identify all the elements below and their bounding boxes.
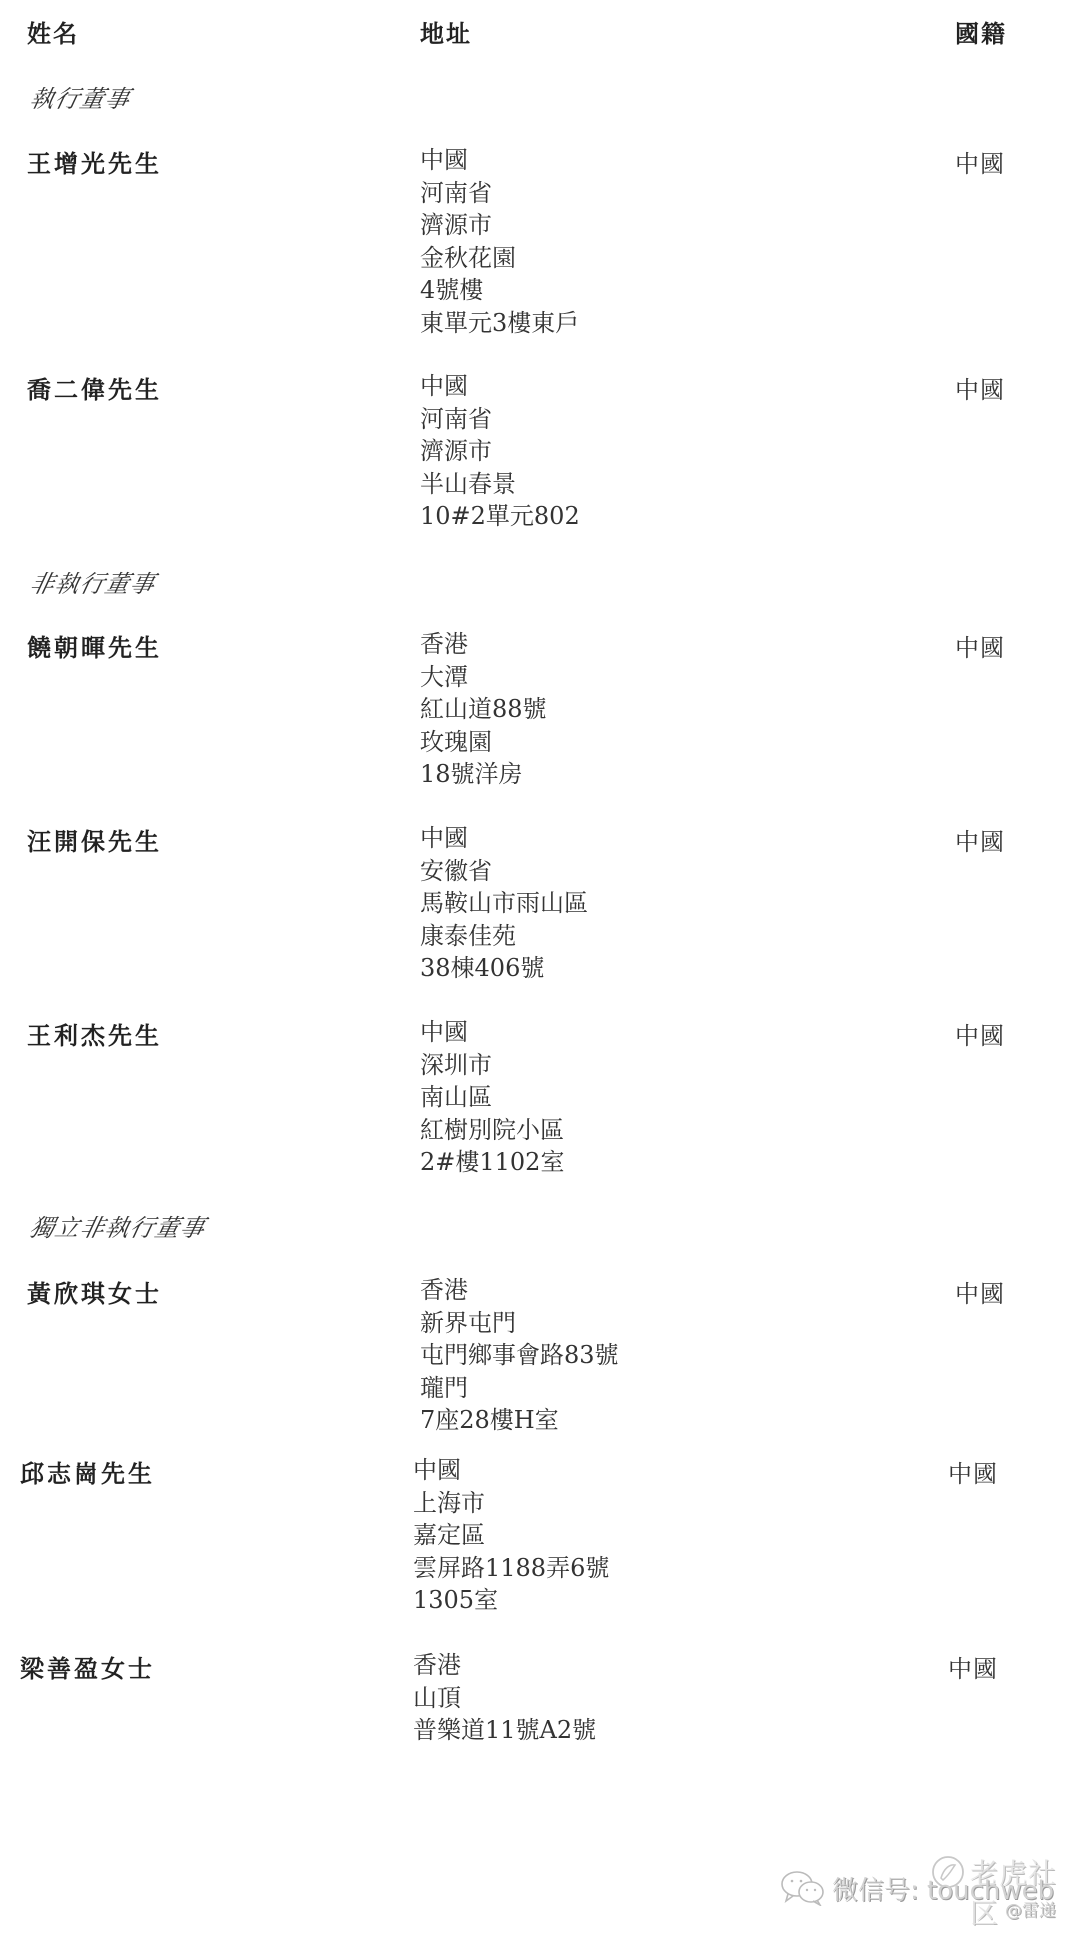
director-nationality: 中國 [948, 1649, 998, 1684]
address-line: 1305室 [413, 1584, 609, 1617]
address-line: 東單元3樓東戶 [420, 307, 579, 340]
director-nationality: 中國 [948, 1454, 998, 1489]
address-line: 18號洋房 [420, 758, 547, 791]
address-line: 香港 [413, 1649, 596, 1682]
director-name: 王增光先生 [27, 144, 162, 179]
director-name: 汪開保先生 [27, 822, 162, 857]
address-line: 屯門鄉事會路83號 [420, 1339, 619, 1372]
address-line: 2#樓1102室 [420, 1146, 564, 1179]
address-line: 38棟406號 [420, 952, 588, 985]
director-name: 喬二偉先生 [27, 370, 162, 405]
watermark: 老虎社区 微信号: touchweb @雷递 [780, 1852, 1070, 1922]
director-name: 饒朝暉先生 [27, 628, 162, 663]
address-line: 康泰佳苑 [420, 920, 588, 953]
address-line: 濟源市 [420, 209, 579, 242]
address-line: 香港 [420, 1274, 619, 1307]
address-line: 馬鞍山市雨山區 [420, 887, 588, 920]
section-title-independent-non-executive-directors: 獨立非執行董事 [27, 1208, 209, 1243]
address-line: 7座28樓H室 [420, 1404, 619, 1437]
address-line: 4號樓 [420, 274, 579, 307]
director-name: 梁善盈女士 [20, 1649, 155, 1684]
wechat-icon [780, 1870, 826, 1906]
address-line: 香港 [420, 628, 547, 661]
address-line: 中國 [413, 1454, 609, 1487]
director-name: 王利杰先生 [27, 1016, 162, 1051]
section-title-executive-directors: 執行董事 [27, 79, 134, 114]
address-line: 10#2單元802 [420, 500, 580, 533]
director-address: 香港 新界屯門 屯門鄉事會路83號 瓏門 7座28樓H室 [420, 1274, 619, 1437]
address-line: 上海市 [413, 1487, 609, 1520]
address-line: 新界屯門 [420, 1307, 619, 1340]
column-header-address: 地址 [420, 14, 472, 49]
address-line: 中國 [420, 1016, 564, 1049]
address-line: 河南省 [420, 177, 579, 210]
address-line: 嘉定區 [413, 1519, 609, 1552]
address-line: 金秋花園 [420, 242, 579, 275]
address-line: 濟源市 [420, 435, 580, 468]
column-header-nationality: 國籍 [955, 14, 1007, 49]
watermark-author: @雷递 [1005, 1896, 1056, 1921]
address-line: 紅樹別院小區 [420, 1114, 564, 1147]
address-line: 中國 [420, 370, 580, 403]
director-address: 中國 河南省 濟源市 金秋花園 4號樓 東單元3樓東戶 [420, 144, 579, 339]
address-line: 雲屏路1188弄6號 [413, 1552, 609, 1585]
address-line: 南山區 [420, 1081, 564, 1114]
director-nationality: 中國 [955, 1016, 1005, 1051]
address-line: 深圳市 [420, 1049, 564, 1082]
director-name: 黃欣琪女士 [27, 1274, 162, 1309]
address-line: 玫瑰園 [420, 726, 547, 759]
address-line: 半山春景 [420, 468, 580, 501]
director-address: 中國 安徽省 馬鞍山市雨山區 康泰佳苑 38棟406號 [420, 822, 588, 985]
address-line: 瓏門 [420, 1372, 619, 1405]
address-line: 河南省 [420, 403, 580, 436]
address-line: 中國 [420, 822, 588, 855]
address-line: 安徽省 [420, 855, 588, 888]
director-address: 中國 深圳市 南山區 紅樹別院小區 2#樓1102室 [420, 1016, 564, 1179]
director-nationality: 中國 [955, 1274, 1005, 1309]
director-nationality: 中國 [955, 822, 1005, 857]
director-address: 中國 上海市 嘉定區 雲屏路1188弄6號 1305室 [413, 1454, 609, 1617]
column-header-name: 姓名 [27, 14, 79, 49]
director-address: 香港 大潭 紅山道88號 玫瑰園 18號洋房 [420, 628, 547, 791]
address-line: 紅山道88號 [420, 693, 547, 726]
address-line: 中國 [420, 144, 579, 177]
address-line: 山頂 [413, 1682, 596, 1715]
director-name: 邱志崗先生 [20, 1454, 155, 1489]
director-nationality: 中國 [955, 628, 1005, 663]
director-nationality: 中國 [955, 144, 1005, 179]
director-address: 中國 河南省 濟源市 半山春景 10#2單元802 [420, 370, 580, 533]
director-address: 香港 山頂 普樂道11號A2號 [413, 1649, 596, 1747]
address-line: 大潭 [420, 661, 547, 694]
director-nationality: 中國 [955, 370, 1005, 405]
address-line: 普樂道11號A2號 [413, 1714, 596, 1747]
section-title-non-executive-directors: 非執行董事 [27, 564, 159, 599]
